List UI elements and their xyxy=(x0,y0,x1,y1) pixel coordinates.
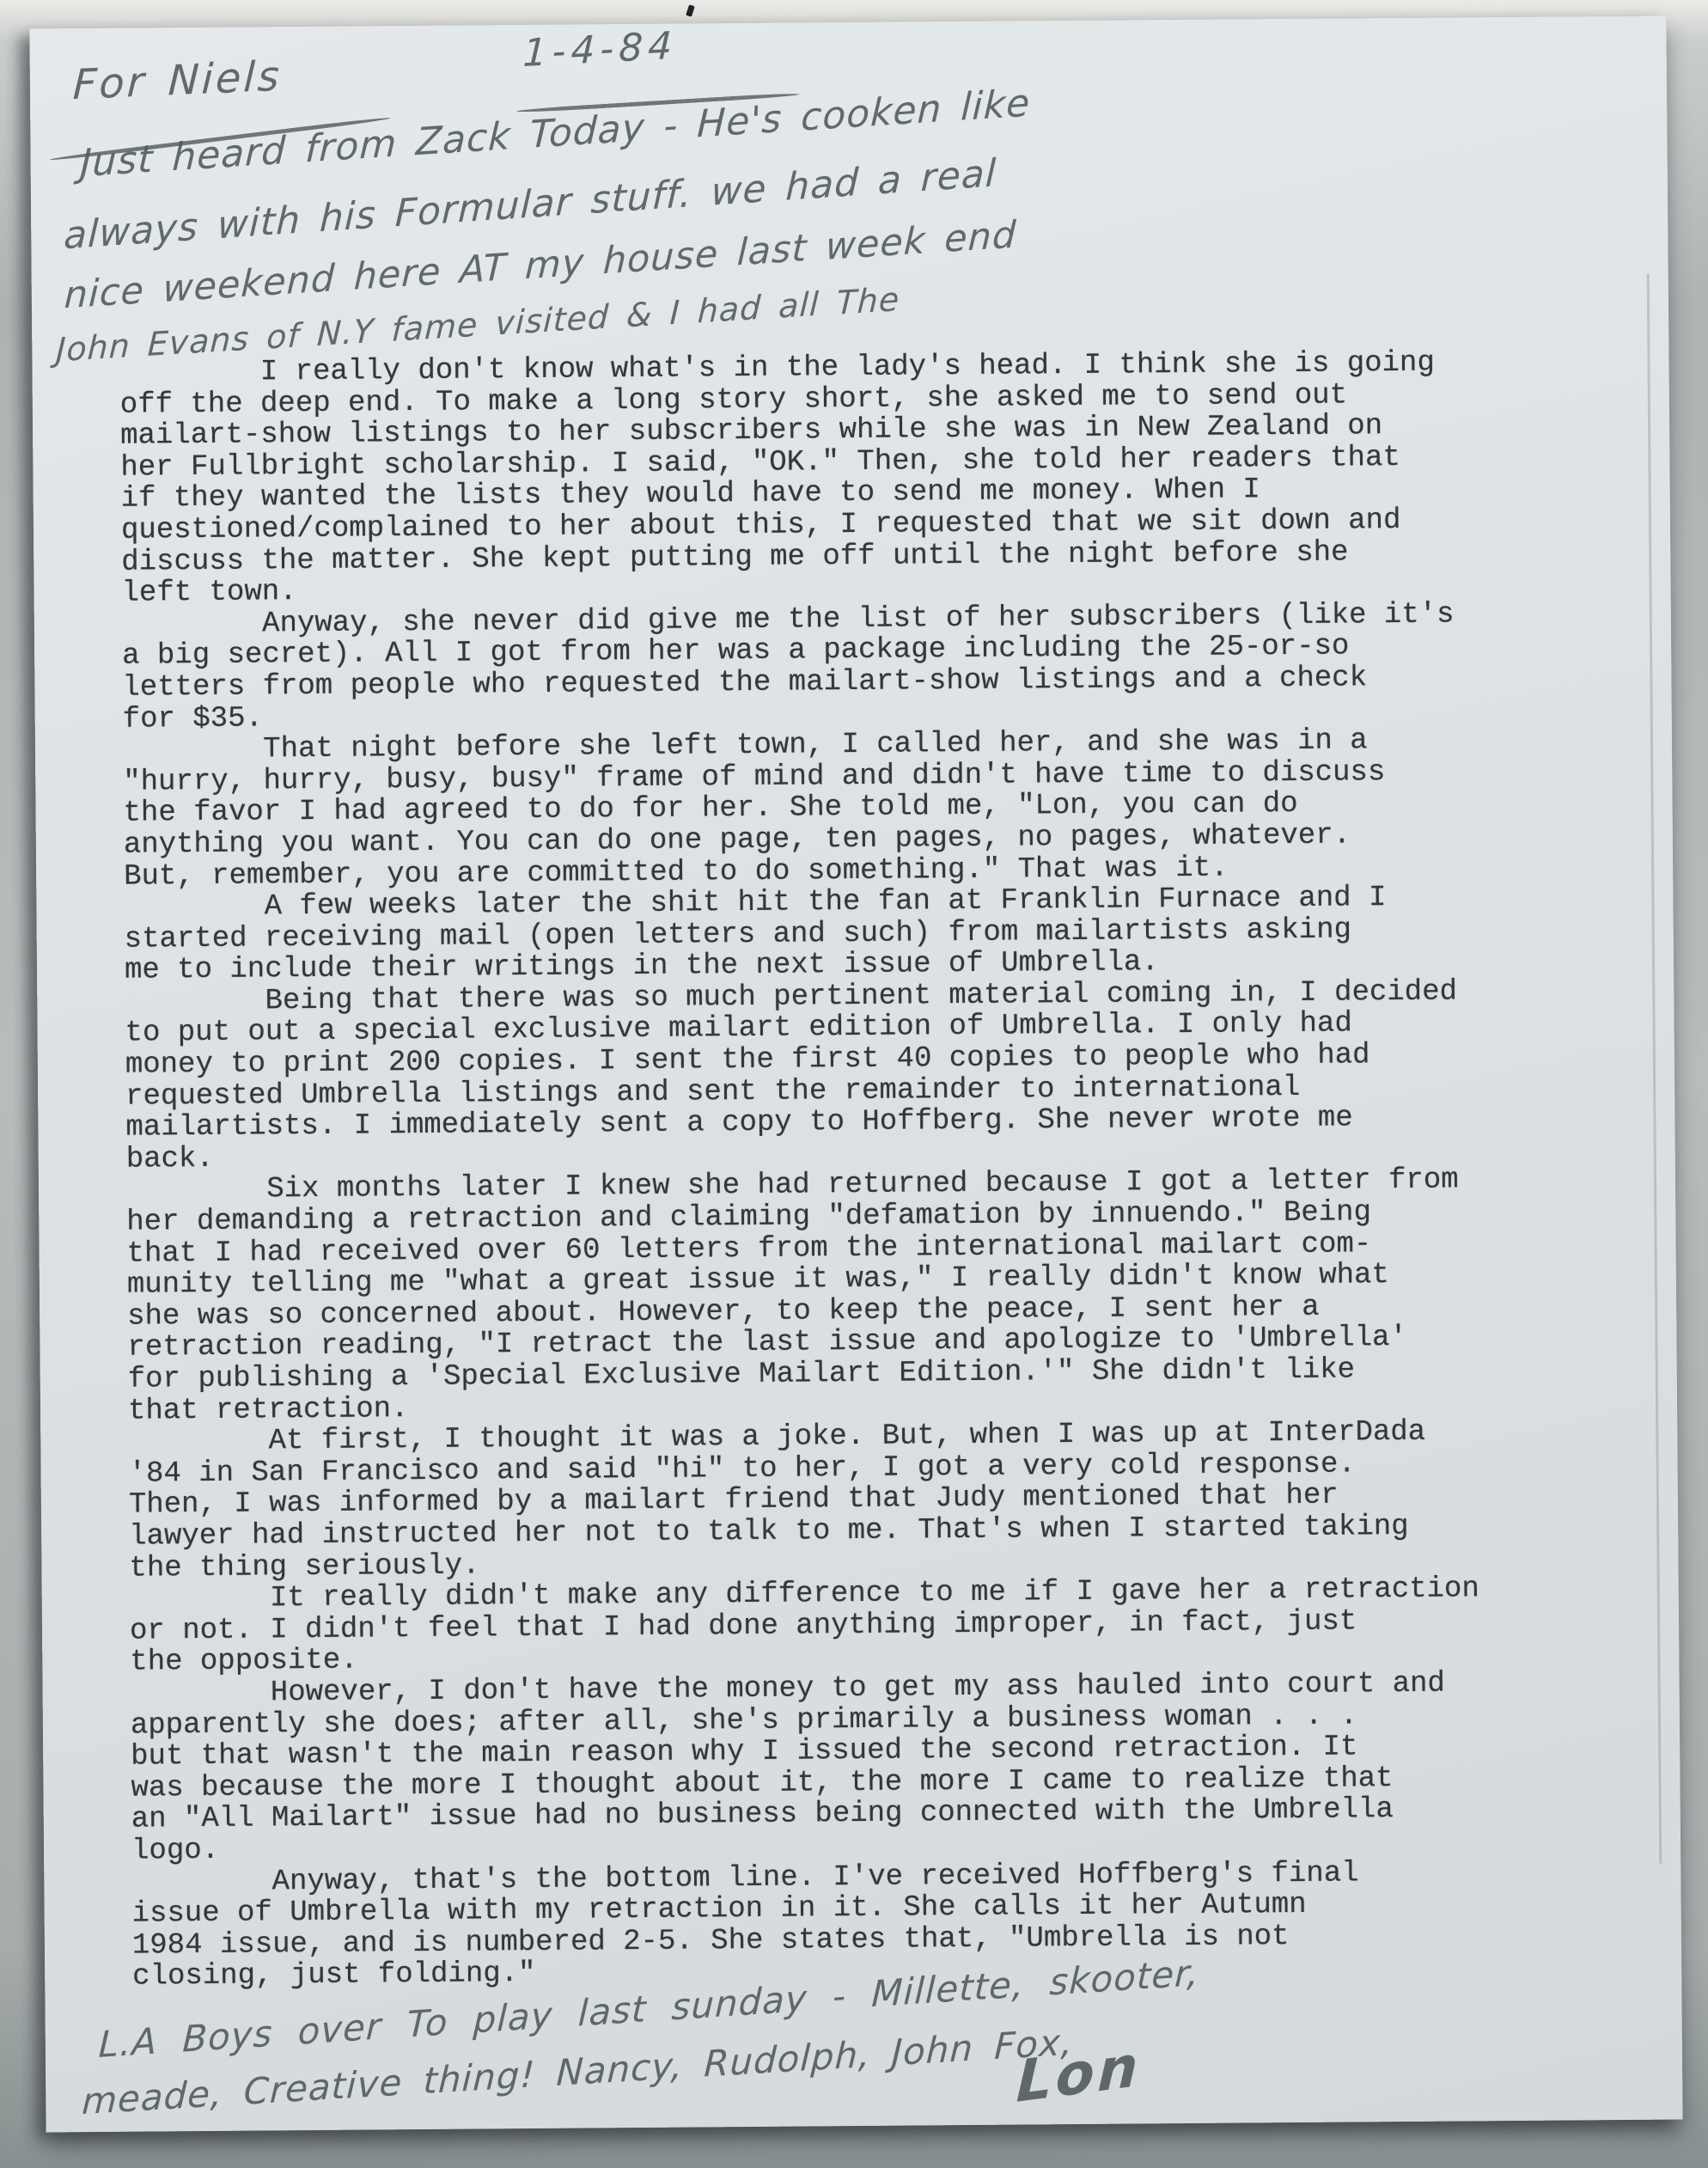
handwritten-recipient: For Niels xyxy=(72,52,283,110)
typed-paragraph: Anyway, that's the bottom line. I've rec… xyxy=(131,1857,1507,1994)
dust-speck xyxy=(686,4,695,17)
handwritten-date: 1-4-84 xyxy=(522,24,678,76)
typed-paragraph: A few weeks later the shit hit the fan a… xyxy=(124,882,1499,986)
typed-paragraph: At first, I thought it was a joke. But, … xyxy=(128,1416,1504,1585)
typed-paragraph: Anyway, she never did give me the list o… xyxy=(122,599,1498,736)
typed-paragraph: However, I don't have the money to get m… xyxy=(130,1668,1506,1867)
typed-paragraph: It really didn't make any difference to … xyxy=(130,1573,1505,1678)
typed-paragraph: I really don't know what's in the lady's… xyxy=(119,347,1496,609)
typed-paragraph: That night before she left town, I calle… xyxy=(123,724,1498,893)
typed-letter-body: I really don't know what's in the lady's… xyxy=(119,347,1507,1993)
typed-paragraph: Being that there was so much pertinent m… xyxy=(125,976,1501,1176)
paper-edge-line xyxy=(1647,274,1662,1864)
letter-photo: For Niels 1-4-84 Just heard from Zack To… xyxy=(0,0,1708,2168)
typed-paragraph: Six months later I knew she had returned… xyxy=(126,1165,1503,1427)
letter-paper: For Niels 1-4-84 Just heard from Zack To… xyxy=(29,16,1682,2133)
